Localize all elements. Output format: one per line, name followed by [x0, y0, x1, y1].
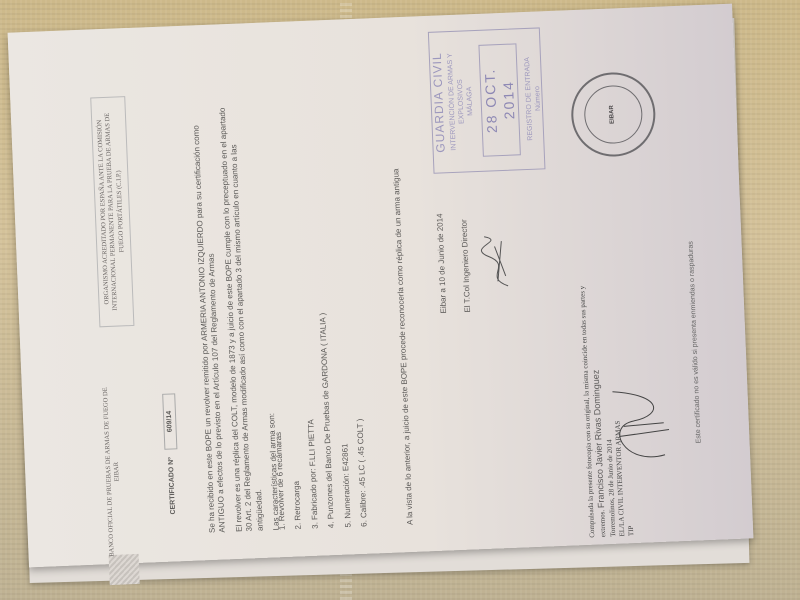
conclusion-text: A la vista de lo anterior, a juicio de e…: [388, 85, 416, 525]
characteristics-list: 1. Revolver de 6 recámaras 2. Retrocarga…: [261, 107, 376, 531]
footer-note: Este certificado no es válido si present…: [686, 241, 703, 444]
qr-code-icon: [109, 554, 140, 585]
certificate-label: CERTIFICADO Nº: [168, 457, 177, 515]
certificate-number: 609/14: [162, 394, 177, 450]
certificate-paper: BANCO OFICIAL DE PRUEBAS DE ARMAS DE FUE…: [8, 4, 754, 568]
document-header: BANCO OFICIAL DE PRUEBAS DE ARMAS DE FUE…: [90, 97, 109, 577]
header-left: BANCO OFICIAL DE PRUEBAS DE ARMAS DE FUE…: [102, 387, 126, 558]
director-signature-icon: [476, 231, 518, 293]
stamp-date: 28 OCT. 2014: [478, 43, 521, 156]
header-right: ORGANISMO ACREDITADO POR ESPAÑA ANTE LA …: [90, 96, 135, 327]
seal-center: EIBAR: [609, 105, 618, 124]
official-seal-icon: EIBAR: [570, 71, 657, 158]
certificate-number-line: CERTIFICADO Nº 609/14: [162, 394, 180, 515]
compulsa-signature-icon: [602, 384, 675, 467]
certificate-content: BANCO OFICIAL DE PRUEBAS DE ARMAS DE FUE…: [50, 73, 729, 579]
registry-stamp: GUARDIA CIVIL INTERVENCIÓN DE ARMAS Y EX…: [428, 27, 546, 173]
